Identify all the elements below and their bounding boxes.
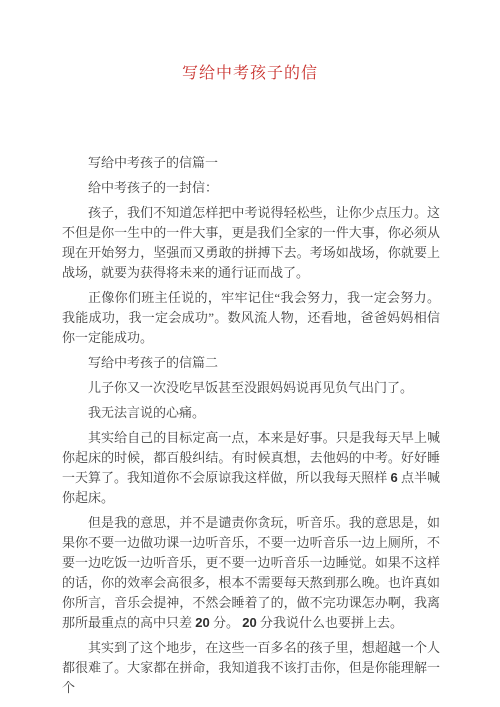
bold-number: 20 (242, 615, 256, 630)
part-one-heading: 写给中考孩子的信篇一 (62, 153, 440, 173)
text-run: 分。 (210, 615, 243, 630)
body-paragraph: 其实给自己的目标定高一点，本来是好事。只是我每天早上喊你起床的时候，都百般纠结。… (62, 428, 440, 508)
bold-number: 6 (390, 470, 397, 485)
text-run: 但是我的意思，并不是谴责你贪玩，听音乐。我的意思是，如果你不要一边做功课一边听音… (62, 515, 440, 630)
text-run: 分我说什么也要拼上去。 (257, 615, 403, 630)
letter-salutation: 给中考孩子的一封信： (62, 178, 440, 198)
document-title: 写给中考孩子的信 (0, 0, 500, 83)
body-paragraph: 儿子你又一次没吃早饭甚至没跟妈妈说再见负气出门了。 (62, 378, 440, 398)
body-paragraph: 正像你们班主任说的，牢牢记住“我会努力，我一定会努力。我能成功，我一定会成功”。… (62, 288, 440, 348)
document-page: 写给中考孩子的信 写给中考孩子的信篇一 给中考孩子的一封信： 孩子，我们不知道怎… (0, 0, 500, 707)
document-body: 写给中考孩子的信篇一 给中考孩子的一封信： 孩子，我们不知道怎样把中考说得轻松些… (62, 153, 440, 698)
body-paragraph: 孩子，我们不知道怎样把中考说得轻松些，让你少点压力。这不但是你一生中的一件大事，… (62, 203, 440, 283)
body-paragraph: 但是我的意思，并不是谴责你贪玩，听音乐。我的意思是，如果你不要一边做功课一边听音… (62, 513, 440, 633)
body-paragraph: 我无法言说的心痛。 (62, 403, 440, 423)
text-run: 其实给自己的目标定高一点，本来是好事。只是我每天早上喊你起床的时候，都百般纠结。… (62, 430, 440, 485)
bold-number: 20 (195, 615, 209, 630)
part-two-heading: 写给中考孩子的信篇二 (62, 353, 440, 373)
body-paragraph: 其实到了这个地步，在这些一百多名的孩子里，想超越一个人都很难了。大家都在拼命，我… (62, 638, 440, 698)
